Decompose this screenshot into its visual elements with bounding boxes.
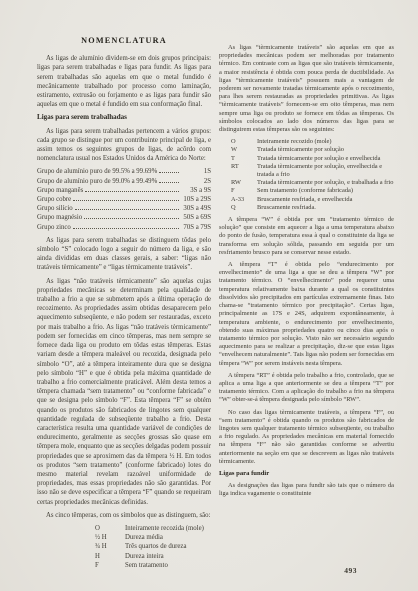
list-item: Q Bruscamente resfriada. <box>219 204 394 212</box>
temper-symbol: A-33 <box>231 196 257 204</box>
paragraph-fundir: As designações das ligas para fundir são… <box>219 482 394 498</box>
scanned-book-page: NOMENCLATURA As ligas de alumínio divide… <box>0 0 418 591</box>
temper-description: Tratada tèrmicamente por solução <box>257 146 394 154</box>
dotted-leader <box>159 172 179 173</box>
group-code: 3S a 9S <box>181 186 211 195</box>
temper-symbol: W <box>231 146 257 154</box>
dotted-leader <box>73 228 179 229</box>
temper-description: Tratada tèrmicamente por solução e envel… <box>257 155 394 163</box>
paragraph-tempera-f: No caso das ligas tèrmicamente tratáveis… <box>219 409 394 466</box>
list-item: RW Tratada tèrmicamente por solução, e t… <box>219 179 394 187</box>
group-label: Grupo magnésio <box>37 213 82 222</box>
group-label: Grupo manganês <box>37 186 83 195</box>
table-row: Grupo magnésio 50S a 69S <box>37 213 211 222</box>
temper-list-right: O Inteiramente recozido (mole) W Tratada… <box>219 138 394 212</box>
list-item: RT Tratada tèrmicamente por solução, env… <box>219 163 394 179</box>
temper-description: Tratada tèrmicamente por solução, e trab… <box>257 179 394 187</box>
heading-ligas-fundir: Ligas para fundir <box>219 470 394 478</box>
temper-symbol: O <box>95 524 125 533</box>
paragraph-nao-tratavel: As ligas “não tratáveis tèrmicamente” sã… <box>37 277 211 507</box>
temper-description: Bruscamente resfriada, e envelhecida <box>257 196 394 204</box>
temper-symbol: ¾ H <box>95 542 125 551</box>
temper-description: Bruscamente resfriada. <box>257 204 394 212</box>
group-label: Grupo cobre <box>37 195 71 204</box>
paragraph-tempera-rt: A têmpera “RT” é obtida pelo trabalho a … <box>219 372 394 405</box>
dotted-leader <box>75 209 179 210</box>
temper-symbol: O <box>231 138 257 146</box>
list-item: W Tratada tèrmicamente por solução <box>219 146 394 154</box>
table-row: Grupo manganês 3S a 9S <box>37 186 211 195</box>
paragraph-cinco-temperas: As cinco têmperas, com os símbolos que a… <box>37 511 211 520</box>
table-row: Grupo silício 30S a 49S <box>37 204 211 213</box>
temper-symbol: ½ H <box>95 533 125 542</box>
table-row: Grupo cobre 10S a 29S <box>37 195 211 204</box>
right-column: As ligas “tèrmicamente tratáveis” são aq… <box>219 44 394 503</box>
table-row: Grupo zinco 70S a 79S <box>37 223 211 232</box>
temper-symbol: Q <box>231 204 257 212</box>
temper-list-left: O Inteiramente recozida (mole) ½ H Durez… <box>37 524 211 570</box>
dotted-leader <box>84 218 179 219</box>
group-code: 50S a 69S <box>181 213 211 222</box>
paragraph-simbolo-s: As ligas para serem trabalhadas se disti… <box>37 236 211 273</box>
temper-symbol: T <box>231 155 257 163</box>
temper-symbol: F <box>231 187 257 195</box>
group-label: Grupo de alumínio puro de 99.5% a 99.69% <box>37 167 157 176</box>
alloy-groups-table: Grupo de alumínio puro de 99.5% a 99.69%… <box>37 167 211 231</box>
list-item: F Sem tratamento (conforme fabricada) <box>219 187 394 195</box>
group-code: 30S a 49S <box>181 204 211 213</box>
dotted-leader <box>73 200 179 201</box>
group-label: Grupo de alumínio puro de 99.0% a 99.49% <box>37 177 157 186</box>
list-item: A-33 Bruscamente resfriada, e envelhecid… <box>219 196 394 204</box>
page-title: NOMENCLATURA <box>37 36 211 45</box>
paragraph-tratavel: As ligas “tèrmicamente tratáveis” são aq… <box>219 44 394 134</box>
temper-symbol: RT <box>231 163 257 171</box>
temper-symbol: F <box>95 561 125 570</box>
group-code: 70S a 79S <box>181 223 211 232</box>
temper-description: Dureza média <box>125 533 211 542</box>
temper-description: Sem tratamento <box>125 561 211 570</box>
list-item: ½ H Dureza média <box>37 533 211 542</box>
temper-symbol: RW <box>231 179 257 187</box>
group-code: 10S a 29S <box>181 195 211 204</box>
page-number: 493 <box>344 566 357 575</box>
list-item: O Inteiramente recozida (mole) <box>37 524 211 533</box>
group-label: Grupo silício <box>37 204 73 213</box>
group-label: Grupo zinco <box>37 223 71 232</box>
temper-description: Dureza inteira <box>125 552 211 561</box>
group-code: 1S <box>181 167 211 176</box>
left-column: NOMENCLATURA As ligas de alumínio divide… <box>37 36 211 574</box>
list-item: O Inteiramente recozido (mole) <box>219 138 394 146</box>
table-row: Grupo de alumínio puro de 99.0% a 99.49%… <box>37 177 211 186</box>
paragraph-intro: As ligas de alumínio dividem-se em dois … <box>37 54 211 109</box>
temper-description: Três quartos de dureza <box>125 542 211 551</box>
paragraph-tempera-w: A têmpera “W” é obtida por um “tratament… <box>219 216 394 257</box>
dotted-leader <box>159 182 179 183</box>
paragraph-grupos: As ligas para serem trabalhadas pertence… <box>37 127 211 164</box>
list-item: H Dureza inteira <box>37 552 211 561</box>
group-code: 2S <box>181 177 211 186</box>
heading-ligas-trabalhadas: Ligas para serem trabalhadas <box>37 113 211 122</box>
paragraph-tempera-t: A têmpera “T” é obtida pelo “endurecimen… <box>219 261 394 368</box>
list-item: T Tratada tèrmicamente por solução e env… <box>219 155 394 163</box>
temper-symbol: H <box>95 552 125 561</box>
list-item: F Sem tratamento <box>37 561 211 570</box>
temper-description: Inteiramente recozida (mole) <box>125 524 211 533</box>
table-row: Grupo de alumínio puro de 99.5% a 99.69%… <box>37 167 211 176</box>
list-item: ¾ H Três quartos de dureza <box>37 542 211 551</box>
temper-description: Sem tratamento (conforme fabricada) <box>257 187 394 195</box>
temper-description: Tratada tèrmicamente por solução, envelh… <box>257 163 394 179</box>
dotted-leader <box>85 191 179 192</box>
temper-description: Inteiramente recozido (mole) <box>257 138 394 146</box>
